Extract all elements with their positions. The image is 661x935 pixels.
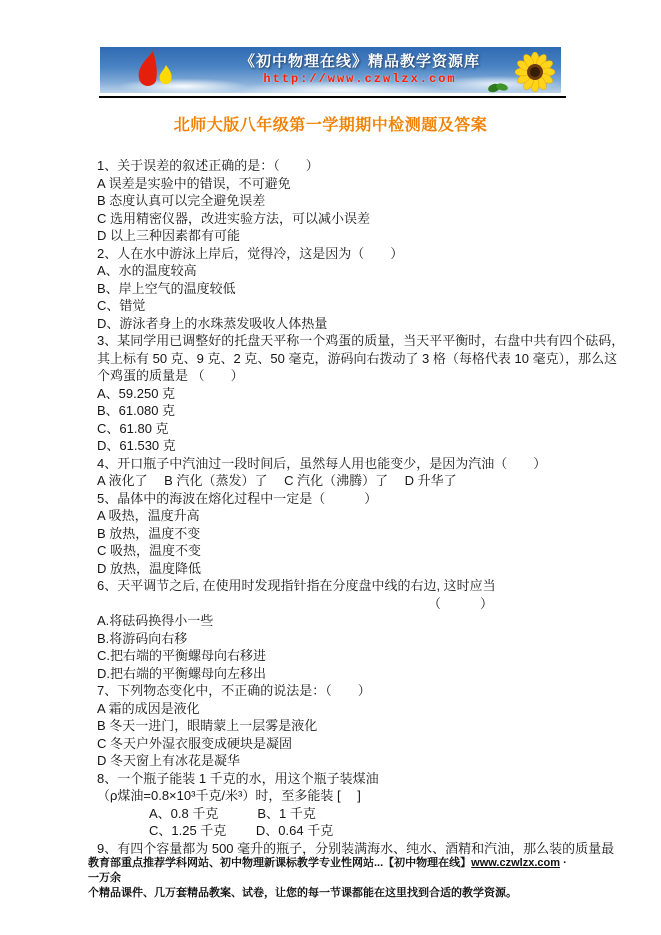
doc-line: 9、有四个容量都为 500 毫升的瓶子，分别装满海水、纯水、酒精和汽油，那么装的… — [97, 840, 577, 858]
doc-line: 个鸡蛋的质量是 （ ） — [97, 367, 577, 385]
sunflower-icon — [514, 52, 556, 92]
doc-line: 6、天平调节之后, 在使用时发现指针指在分度盘中线的右边, 这时应当 — [97, 577, 577, 595]
doc-line: 2、人在水中游泳上岸后，觉得冷，这是因为（ ） — [97, 245, 577, 263]
doc-line: B 态度认真可以完全避免误差 — [97, 192, 577, 210]
page-title: 北师大版八年级第一学期期中检测题及答案 — [0, 112, 661, 135]
leaf-icon — [487, 80, 509, 93]
doc-line: C.把右端的平衡螺母向右移进 — [97, 647, 577, 665]
doc-line: A 误差是实验中的错误，不可避免 — [97, 175, 577, 193]
doc-line: A 吸热，温度升高 — [97, 507, 577, 525]
doc-line: C、61.80 克 — [97, 420, 577, 438]
doc-line: C、1.25 千克 D、0.64 千克 — [97, 822, 577, 840]
doc-line: 其上标有 50 克、9 克、2 克、50 毫克，游码向右拨动了 3 格（每格代表… — [97, 350, 577, 368]
doc-line: A.将砝码换得小一些 — [97, 612, 577, 630]
doc-line: B、61.080 克 — [97, 402, 577, 420]
doc-line: A、59.250 克 — [97, 385, 577, 403]
doc-line: C 选用精密仪器，改进实验方法，可以减小误差 — [97, 210, 577, 228]
doc-line: A、水的温度较高 — [97, 262, 577, 280]
footer-text: 教育部重点推荐学科网站、初中物理新课标教学专业性网站...【初中物理在线】 — [88, 857, 471, 869]
site-url-link[interactable]: http://www.czwlzx.com — [215, 72, 505, 86]
banner-divider — [99, 96, 566, 98]
doc-line: C 冬天户外湿衣服变成硬块是凝固 — [97, 735, 577, 753]
page-footer: 教育部重点推荐学科网站、初中物理新课标教学专业性网站...【初中物理在线】www… — [88, 856, 580, 901]
doc-line: 3、某同学用已调整好的托盘天平称一个鸡蛋的质量，当天平平衡时，右盘中共有四个砝码… — [97, 332, 577, 350]
doc-line: A、0.8 千克 B、1 千克 — [97, 805, 577, 823]
doc-line: A 液化了 B 汽化（蒸发）了 C 汽化（沸腾）了 D 升华了 — [97, 472, 577, 490]
question-list: 1、关于误差的叙述正确的是：（ ）A 误差是实验中的错误，不可避免B 态度认真可… — [97, 157, 577, 857]
doc-line: D 放热，温度降低 — [97, 560, 577, 578]
doc-line: 4、开口瓶子中汽油过一段时间后，虽然每人用也能变少，是因为汽油（ ） — [97, 455, 577, 473]
doc-line: B、岸上空气的温度较低 — [97, 280, 577, 298]
doc-line: D 以上三种因素都有可能 — [97, 227, 577, 245]
doc-line: A 霜的成因是液化 — [97, 700, 577, 718]
doc-line: B.将游码向右移 — [97, 630, 577, 648]
doc-line: D、61.530 克 — [97, 437, 577, 455]
doc-line: B 冬天一进门，眼睛蒙上一层雾是液化 — [97, 717, 577, 735]
doc-line: （ρ煤油=0.8×10³千克/米³）时，至多能装 [ ] — [97, 787, 577, 805]
footer-site-link[interactable]: www.czwlzx.com — [471, 857, 560, 869]
doc-line: D 冬天窗上有冰花是凝华 — [97, 752, 577, 770]
doc-line: 7、下列物态变化中，不正确的说法是：（ ） — [97, 682, 577, 700]
flame-logo-icon — [126, 50, 186, 90]
doc-line: C 吸热，温度不变 — [97, 542, 577, 560]
doc-line: 1、关于误差的叙述正确的是：（ ） — [97, 157, 577, 175]
site-banner: 《初中物理在线》精品教学资源库 http://www.czwlzx.com — [100, 47, 561, 93]
doc-line: C、错觉 — [97, 297, 577, 315]
footer-text-line2: 个精品课件、几万套精品教案、试卷，让您的每一节课都能在这里找到合适的教学资源。 — [88, 887, 517, 899]
doc-line: B 放热，温度不变 — [97, 525, 577, 543]
site-name: 《初中物理在线》精品教学资源库 — [215, 50, 505, 71]
doc-line: D、游泳者身上的水珠蒸发吸收人体热量 — [97, 315, 577, 333]
banner-text-block: 《初中物理在线》精品教学资源库 http://www.czwlzx.com — [215, 50, 505, 86]
doc-line: （ ） — [97, 595, 577, 613]
doc-line: 5、晶体中的海波在熔化过程中一定是（ ） — [97, 490, 577, 508]
document-page: 《初中物理在线》精品教学资源库 http://www.czwlzx.com — [0, 0, 661, 935]
doc-line: D.把右端的平衡螺母向左移出 — [97, 665, 577, 683]
doc-line: 8、一个瓶子能装 1 千克的水，用这个瓶子装煤油 — [97, 770, 577, 788]
